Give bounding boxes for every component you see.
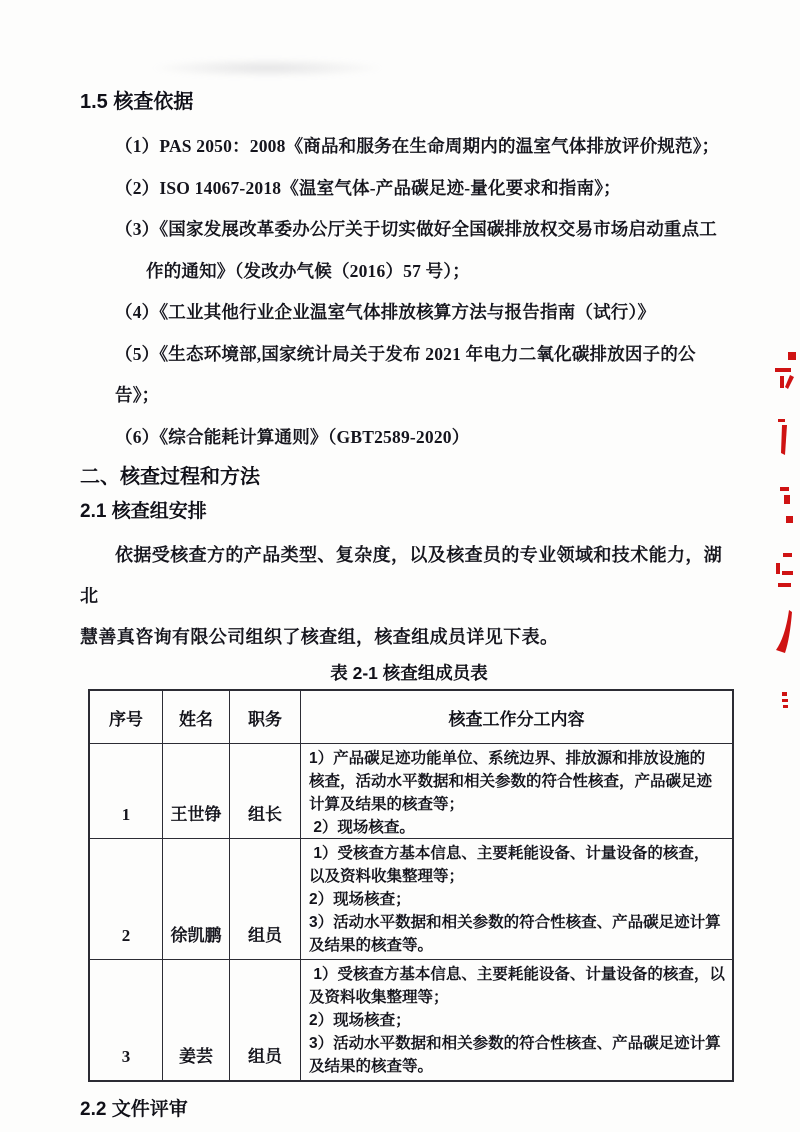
- table-row-2-no: 2: [90, 839, 163, 960]
- basis-item-4: （4）《工业其他行业企业温室气体排放核算方法与报告指南（试行）》: [80, 292, 738, 334]
- paragraph-line-1: 依据受核查方的产品类型、复杂度，以及核查员的专业领域和技术能力，湖北: [80, 535, 738, 617]
- table-row-1-role: 组长: [230, 744, 301, 839]
- section-heading-2-2: 2.2 文件评审: [80, 1096, 738, 1124]
- table-row-1-name: 王世铮: [163, 744, 230, 839]
- duty-line: 2）现场核查；: [309, 888, 728, 911]
- table-row-3-role: 组员: [230, 960, 301, 1080]
- duty-line: 3）活动水平数据和相关参数的符合性核查、产品碳足迹计算: [309, 911, 728, 934]
- duty-line: 核查，活动水平数据和相关参数的符合性核查，产品碳足迹: [309, 770, 728, 793]
- table-caption: 表 2-1 核查组成员表: [80, 660, 738, 686]
- duty-line: 及资料收集整理等；: [309, 986, 728, 1009]
- page-content: 1.5 核查依据 （1）PAS 2050：2008《商品和服务在生命周期内的温室…: [80, 88, 738, 1124]
- basis-item-5: （5）《生态环境部,国家统计局关于发布 2021 年电力二氧化碳排放因子的公告》…: [80, 334, 738, 417]
- members-table: 序号 姓名 职务 核查工作分工内容 1 王世铮 组长 1）产品碳足迹功能单位、系…: [88, 689, 734, 1082]
- table-header-duty: 核查工作分工内容: [301, 691, 732, 744]
- paragraph-line-2: 慧善真咨询有限公司组织了核查组，核查组成员详见下表。: [80, 617, 738, 658]
- section-heading-1-5: 1.5 核查依据: [80, 88, 738, 116]
- duty-line: 1）产品碳足迹功能单位、系统边界、排放源和排放设施的: [309, 747, 728, 770]
- basis-item-1: （1）PAS 2050：2008《商品和服务在生命周期内的温室气体排放评价规范》…: [80, 126, 738, 168]
- table-row-3-no: 3: [90, 960, 163, 1080]
- table-row-3-name: 姜芸: [163, 960, 230, 1080]
- verification-basis-list: （1）PAS 2050：2008《商品和服务在生命周期内的温室气体排放评价规范》…: [80, 126, 738, 458]
- table-row-2-name: 徐凯鹏: [163, 839, 230, 960]
- duty-line: 及结果的核查等。: [309, 934, 728, 957]
- duty-line: 1）受核查方基本信息、主要耗能设备、计量设备的核查，: [309, 842, 728, 865]
- document-page: 1.5 核查依据 （1）PAS 2050：2008《商品和服务在生命周期内的温室…: [0, 0, 800, 1132]
- section-heading-2: 二、核查过程和方法: [80, 462, 738, 492]
- table-header-no: 序号: [90, 691, 163, 744]
- table-row-1-no: 1: [90, 744, 163, 839]
- table-row-2-duty: 1）受核查方基本信息、主要耗能设备、计量设备的核查， 以及资料收集整理等； 2）…: [301, 839, 732, 960]
- duty-line: 2）现场核查；: [309, 1009, 728, 1032]
- duty-line: 3）活动水平数据和相关参数的符合性核查、产品碳足迹计算: [309, 1032, 728, 1055]
- basis-item-6: （6）《综合能耗计算通则》（GBT2589-2020）: [80, 417, 738, 459]
- red-stamp-fragments-icon: [770, 335, 800, 725]
- team-arrangement-paragraph: 依据受核查方的产品类型、复杂度，以及核查员的专业领域和技术能力，湖北 慧善真咨询…: [80, 535, 738, 658]
- basis-item-3-line-1: （3）《国家发展改革委办公厅关于切实做好全国碳排放权交易市场启动重点工: [80, 209, 738, 251]
- table-header-name: 姓名: [163, 691, 230, 744]
- table-row-3-duty: 1）受核查方基本信息、主要耗能设备、计量设备的核查，以 及资料收集整理等； 2）…: [301, 960, 732, 1080]
- duty-line: 1）受核查方基本信息、主要耗能设备、计量设备的核查，以: [309, 963, 728, 986]
- scan-smudge: [150, 58, 385, 78]
- duty-line: 2）现场核查。: [309, 816, 728, 839]
- basis-item-3-line-2: 作的通知》（发改办气候（2016）57 号）；: [80, 251, 738, 293]
- section-heading-2-1: 2.1 核查组安排: [80, 498, 738, 526]
- duty-line: 计算及结果的核查等；: [309, 793, 728, 816]
- duty-line: 以及资料收集整理等；: [309, 865, 728, 888]
- table-row-2-role: 组员: [230, 839, 301, 960]
- table-header-role: 职务: [230, 691, 301, 744]
- duty-line: 及结果的核查等。: [309, 1055, 728, 1078]
- table-row-1-duty: 1）产品碳足迹功能单位、系统边界、排放源和排放设施的 核查，活动水平数据和相关参…: [301, 744, 732, 839]
- basis-item-2: （2）ISO 14067-2018《温室气体-产品碳足迹-量化要求和指南》；: [80, 168, 738, 210]
